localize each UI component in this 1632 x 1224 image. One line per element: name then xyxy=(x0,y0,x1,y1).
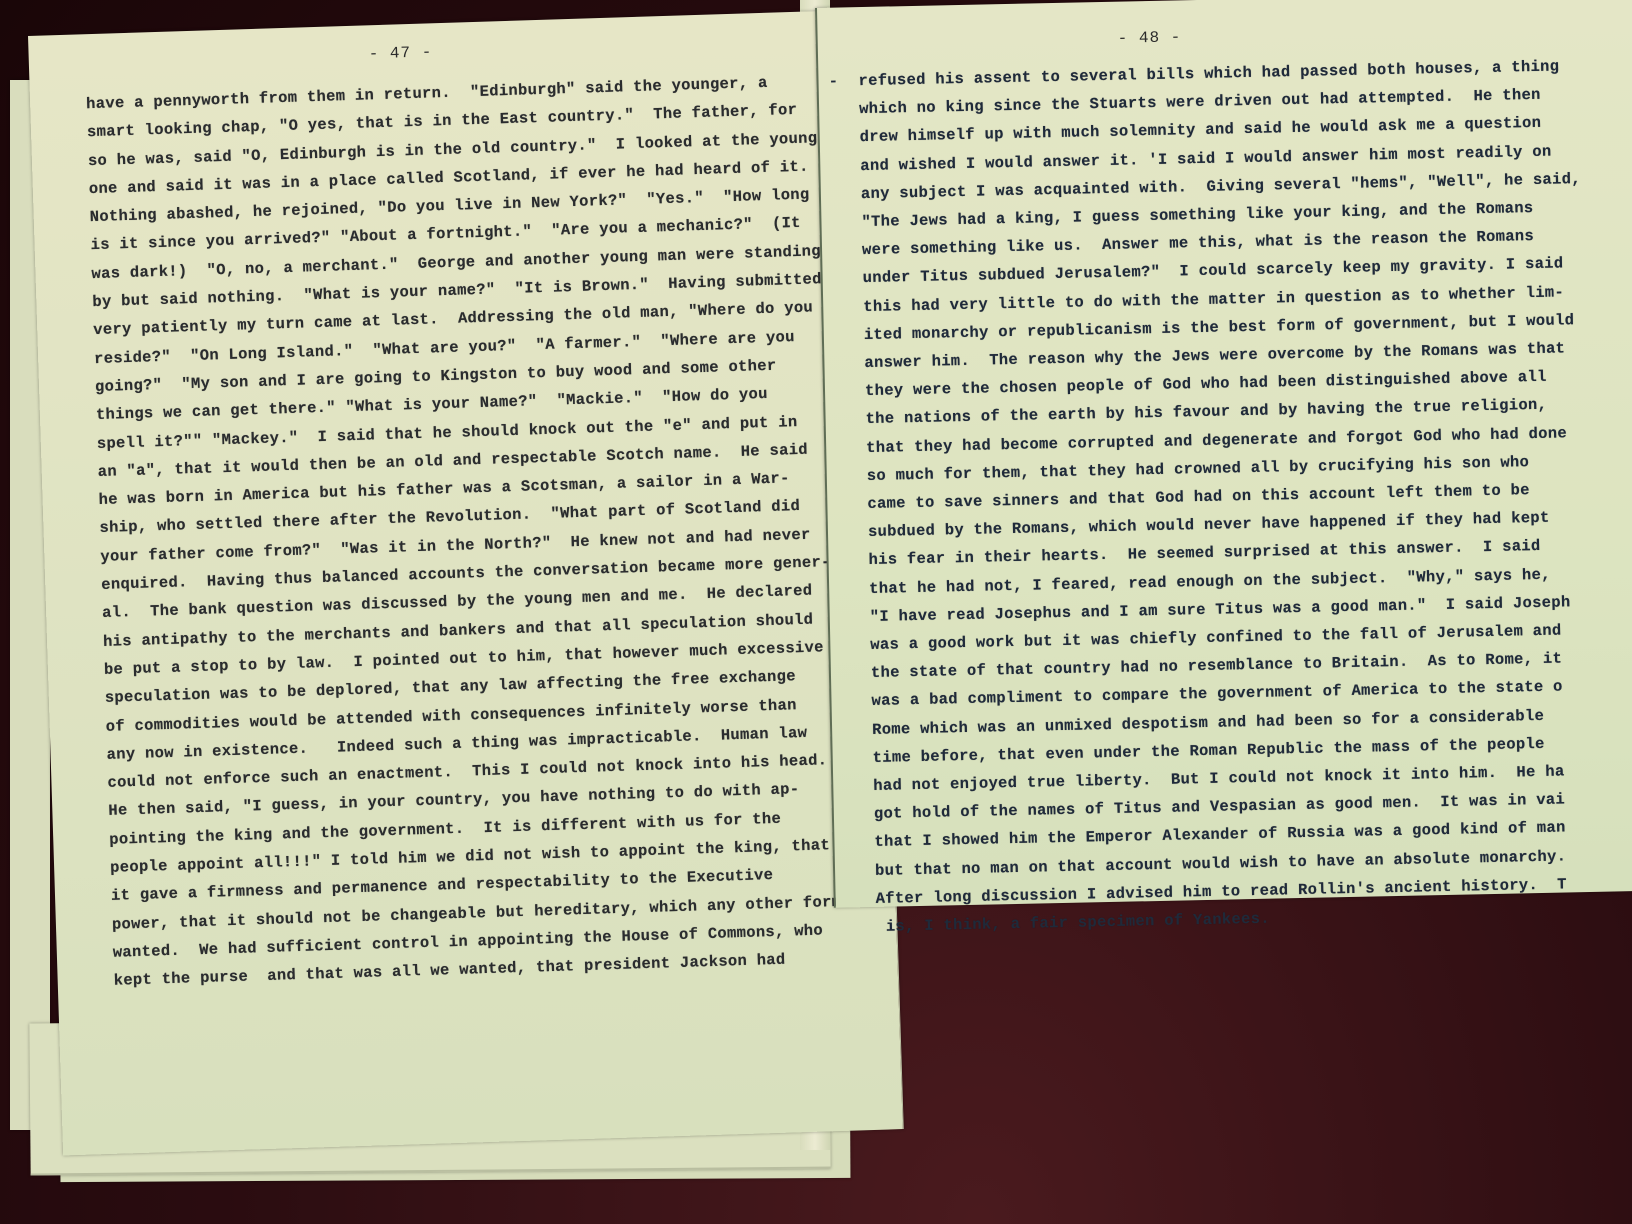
continuation-mark: - xyxy=(828,68,838,96)
page-number-right: - 48 - xyxy=(1118,28,1182,47)
right-page: - 48 - - refused his assent to several b… xyxy=(815,0,1632,908)
page-number-left: - 47 - xyxy=(368,43,432,63)
left-page-body: have a pennyworth from them in return. "… xyxy=(86,67,844,995)
left-page: - 47 - have a pennyworth from them in re… xyxy=(28,10,904,1156)
right-page-body: refused his assent to several bills whic… xyxy=(858,52,1596,941)
